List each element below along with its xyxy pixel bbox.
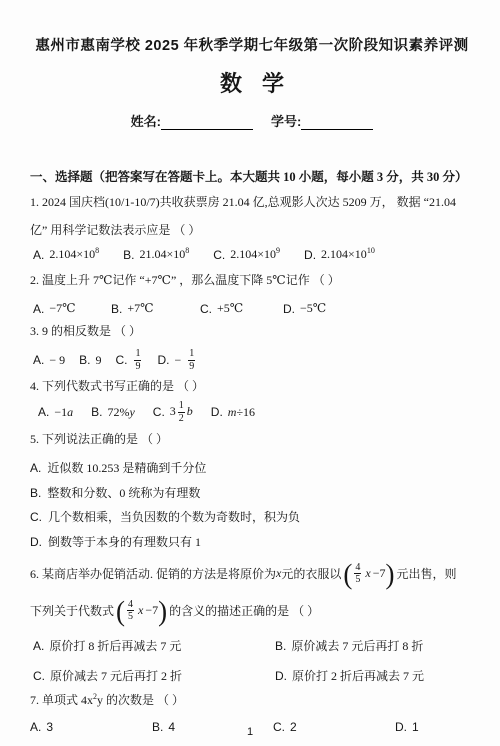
q6-options-row1: A.原价打 8 折后再减去 7 元 B.原价减去 7 元后再打 8 折 <box>30 637 474 654</box>
name-blank-line <box>161 116 253 130</box>
q6-stem-line2: 下列关于代数式(45x−7)的含义的描述正确的是 （ ） <box>30 594 474 627</box>
fraction: 19 <box>134 348 141 372</box>
q3-option-c: C.19 <box>115 348 143 372</box>
q6-option-a: A.原价打 8 折后再减去 7 元 <box>33 637 275 654</box>
q6-option-b: B.原价减去 7 元后再打 8 折 <box>275 637 474 654</box>
q7-stem: 7. 单项式 4x2y 的次数是 （ ） <box>30 693 474 708</box>
q4-stem: 4. 下列代数式书写正确的是 （ ） <box>30 379 474 394</box>
q4-option-c: C.312b <box>153 400 193 424</box>
q6-option-c: C.原价减去 7 元后再打 2 折 <box>33 667 275 684</box>
q2-option-a: A.−7℃ <box>33 301 111 316</box>
exam-page: 惠州市惠南学校 2025 年秋季学期七年级第一次阶段知识素养评测 数 学 姓名:… <box>0 0 500 734</box>
q2-options: A.−7℃ B.+7℃ C.+5℃ D.−5℃ <box>30 301 474 316</box>
student-id-label: 学号: <box>271 114 301 129</box>
q1-option-b: B.21.04×108 <box>123 247 189 262</box>
q4-option-a: A.−1a <box>38 405 73 420</box>
q1-stem-line2: 亿” 用科学记数法表示应是 （ ） <box>30 223 474 238</box>
q3-option-b: B.9 <box>79 353 101 368</box>
price-expression: (45x−7) <box>116 599 167 623</box>
q3-stem: 3. 9 的相反数是 （ ） <box>30 324 474 339</box>
fraction: 45 <box>127 599 134 623</box>
q4-option-b: B.72%y <box>91 405 135 420</box>
q5-options: A.近似数 10.253 是精确到千分位 B.整数和分数、0 统称为有理数 C.… <box>30 456 474 554</box>
subject-title: 数 学 <box>30 67 474 98</box>
fraction: 12 <box>178 400 185 424</box>
name-label: 姓名: <box>131 114 161 129</box>
q1-stem-line1: 1. 2024 国庆档(10/1-10/7)共收获票房 21.04 亿,总观影人… <box>30 195 474 210</box>
q6-options-row2: C.原价减去 7 元后再打 2 折 D.原价打 2 折后再减去 7 元 <box>30 667 474 684</box>
q2-option-c: C.+5℃ <box>200 301 283 316</box>
q5-option-d: D.倒数等于本身的有理数只有 1 <box>30 530 474 555</box>
q1-option-a: A.2.104×108 <box>33 247 99 262</box>
fraction: 19 <box>188 348 195 372</box>
student-id-blank-line <box>301 116 373 130</box>
exam-title: 惠州市惠南学校 2025 年秋季学期七年级第一次阶段知识素养评测 <box>30 34 474 55</box>
q4-option-d: D.m÷16 <box>211 405 255 420</box>
q5-option-b: B.整数和分数、0 统称为有理数 <box>30 481 474 506</box>
page-number: 1 <box>0 726 500 738</box>
q1-options: A.2.104×108 B.21.04×108 C.2.104×109 D.2.… <box>30 247 474 262</box>
q3-option-d: D.−19 <box>157 348 197 372</box>
q3-options: A.− 9 B.9 C.19 D.−19 <box>30 344 474 376</box>
q4-options: A.−1a B.72%y C.312b D.m÷16 <box>30 396 474 428</box>
q6-stem-line1: 6. 某商店举办促销活动. 促销的方法是将原价为 x 元的衣服以(45x−7)元… <box>30 557 474 590</box>
q5-option-a: A.近似数 10.253 是精确到千分位 <box>30 456 474 481</box>
price-expression: (45x−7) <box>343 562 394 586</box>
q2-option-b: B.+7℃ <box>111 301 200 316</box>
fraction: 45 <box>354 562 361 586</box>
q1-option-c: C.2.104×109 <box>213 247 280 262</box>
section-1-header: 一、选择题（把答案写在答题卡上。本大题共 10 小题，每小题 3 分，共 30 … <box>30 167 474 185</box>
q5-option-c: C.几个数相乘，当负因数的个数为奇数时，积为负 <box>30 505 474 530</box>
q3-option-a: A.− 9 <box>33 353 65 368</box>
q5-stem: 5. 下列说法正确的是 （ ） <box>30 432 474 447</box>
q6-option-d: D.原价打 2 折后再减去 7 元 <box>275 667 474 684</box>
q1-option-d: D.2.104×1010 <box>304 247 375 262</box>
name-id-line: 姓名:学号: <box>30 111 474 127</box>
q2-option-d: D.−5℃ <box>283 301 474 316</box>
q2-stem: 2. 温度上升 7℃记作 “+7℃” ，那么温度下降 5℃记作 （ ） <box>30 273 474 288</box>
